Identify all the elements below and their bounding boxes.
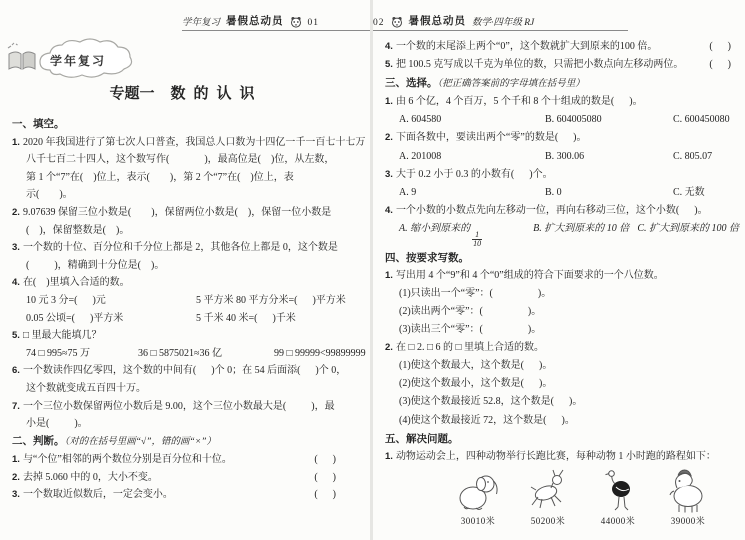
section-3-heading: 三、选择。（把正确答案前的字母填在括号里） — [385, 74, 739, 93]
question-line: 这个数就变成五百四十万。 — [12, 380, 368, 398]
question-line: 4.一个小数的小数点先向左移动一位，再向右移动三位，这个小数( )。 — [385, 202, 739, 220]
right-page-header: 02 暑假总动员 数学·四年级 RJ — [373, 13, 628, 31]
question-line: 7.一个三位小数保留两位小数后是 9.00，这个三位小数最大是( )，最 — [12, 398, 368, 416]
sub-question-line: (3)使这个数最接近 52.8，这个数是( )。 — [385, 393, 739, 411]
answer-parentheses: ( ) — [314, 469, 336, 487]
question-line: 2.9.07639 保留三位小数是( )，保留两位小数是( )，保留一位小数是 — [12, 204, 368, 222]
question-line: 示( )。 — [12, 186, 368, 204]
header-brand: 暑假总动员 — [226, 13, 284, 28]
sub-question-line: (4)使这个数最接近 72，这个数是( )。 — [385, 412, 739, 430]
fraction-one-tenth: 110 — [472, 231, 482, 249]
animal-item: 44000米 — [583, 469, 653, 527]
topic-title: 专题一数的认识 — [0, 82, 372, 103]
section-2-heading: 二、判断。（对的在括号里画“√”，错的画“×”） — [12, 433, 368, 452]
header-subject: 数学·四年级 RJ — [472, 14, 534, 28]
panda-icon — [290, 16, 302, 28]
animal-distance: 44000米 — [583, 514, 653, 527]
question-line: 2.下面各数中，要读出两个“零”的数是( )。 — [385, 129, 739, 147]
judge-item: 3.一个数取近似数后，一定会变小。( ) — [12, 486, 368, 504]
left-page: 学年复习 暑假总动员 01 学年复习 专题一数的认识 一、填空。 1.202 — [0, 0, 372, 540]
question-line: ( )，精确到十分位是( )。 — [12, 257, 368, 275]
question-line: 3.一个数的十位、百分位和千分位上都是 2，其他各位上都是 0，这个数是 — [12, 239, 368, 257]
question-line: ( )，保留整数是( )。 — [12, 222, 368, 240]
animal-item: 30010米 — [443, 469, 513, 527]
elephant-icon — [443, 469, 513, 513]
question-line: 3.大于 0.2 小于 0.3 的小数有( )个。 — [385, 166, 739, 184]
right-page-number: 02 — [373, 18, 385, 28]
answer-parentheses: ( ) — [314, 486, 336, 504]
animal-item: 50200米 — [513, 469, 583, 527]
right-page-content: 4.一个数的末尾添上两个“0”，这个数就扩大到原来的100 倍。( ) 5.把 … — [385, 38, 739, 527]
question-line: 4.在( )里填入合适的数。 — [12, 274, 368, 292]
sub-question-line: (2)读出两个“零”：( )。 — [385, 303, 739, 321]
judge-item: 4.一个数的末尾添上两个“0”，这个数就扩大到原来的100 倍。( ) — [385, 38, 739, 56]
question-line: 八千七百二十四人，这个数写作( )，最高位是( )位，从左数， — [12, 151, 368, 169]
answer-parentheses: ( ) — [314, 451, 336, 469]
left-page-number: 01 — [308, 18, 320, 28]
judge-item: 1.与“个位”相邻的两个数位分别是百分位和十位。( ) — [12, 451, 368, 469]
right-page: 02 暑假总动员 数学·四年级 RJ 4.一个数的末尾添上两个“0”，这个数就扩… — [373, 0, 745, 540]
unit-conversion-row: 0.05 公顷=( )平方米5 千米 40 米=( )千米 — [12, 310, 368, 328]
left-page-header: 学年复习 暑假总动员 01 — [182, 13, 372, 31]
section-4-heading: 四、按要求写数。 — [385, 249, 739, 267]
question-line: 1.写出用 4 个“9”和 4 个“0”组成的符合下面要求的一个八位数。 — [385, 267, 739, 285]
sub-question-line: (2)使这个数最小，这个数是( )。 — [385, 375, 739, 393]
workbook-spread: 学年复习 暑假总动员 01 学年复习 专题一数的认识 一、填空。 1.202 — [0, 0, 745, 540]
question-line: 1.由 6 个亿，4 个百万，5 个千和 8 个十组成的数是( )。 — [385, 93, 739, 111]
animal-distance: 50200米 — [513, 514, 583, 527]
choice-options: A. 9B. 0C. 无数 — [385, 184, 739, 202]
badge-label: 学年复习 — [50, 52, 106, 69]
sub-question-line: (1)使这个数最大，这个数是( )。 — [385, 357, 739, 375]
sub-question-line: (1)只读出一个“零”：( )。 — [385, 285, 739, 303]
question-line: 6.一个数读作四亿零四，这个数的中间有( )个 0；在 54 后面添( )个 0… — [12, 362, 368, 380]
judge-item: 5.把 100.5 克写成以千克为单位的数，只需把小数点向左移动两位。( ) — [385, 56, 739, 74]
question-line: 1.2020 年我国进行了第七次人口普查，我国总人口数为十四亿一千一百七十七万 — [12, 134, 368, 152]
choice-options: A. 缩小到原来的110 B. 扩大到原来的 10 倍 C. 扩大到原来的 10… — [385, 220, 739, 249]
question-line: 2.在 □ 2. □ 6 的 □ 里填上合适的数。 — [385, 339, 739, 357]
choice-options: A. 201008B. 300.06C. 805.07 — [385, 148, 739, 166]
animal-distance: 39000米 — [653, 514, 723, 527]
sub-question-line: (3)读出三个“零”：( )。 — [385, 321, 739, 339]
unit-conversion-row: 10 元 3 分=( )元5 平方米 80 平方分米=( )平方米 — [12, 292, 368, 310]
animal-item: 39000米 — [653, 469, 723, 527]
question-line: 5.□ 里最大能填几？ — [12, 327, 368, 345]
judge-item: 2.去掉 5.060 中的 0，大小不变。( ) — [12, 469, 368, 487]
question-line: 1.动物运动会上，四种动物举行长跑比赛，每种动物 1 小时跑的路程如下： — [385, 448, 739, 466]
choice-options: A. 604580B. 604005080C. 600450080 — [385, 111, 739, 129]
header-review-label: 学年复习 — [182, 14, 220, 28]
antelope-icon — [513, 469, 583, 513]
panda-icon — [391, 16, 403, 28]
ostrich-icon — [583, 469, 653, 513]
answer-parentheses: ( ) — [709, 38, 731, 56]
fill-box-row: 74 □ 995≈75 万36 □ 5875021≈36 亿99 □ 99999… — [12, 345, 368, 363]
question-line: 小是( )。 — [12, 415, 368, 433]
answer-parentheses: ( ) — [709, 56, 731, 74]
section-5-heading: 五、解决问题。 — [385, 430, 739, 448]
animal-distance: 30010米 — [443, 514, 513, 527]
chapter-badge: 学年复习 — [6, 34, 146, 86]
animal-race-figure: 30010米 50200米 44000米 — [443, 469, 739, 527]
header-brand: 暑假总动员 — [409, 13, 467, 28]
horse-icon — [653, 469, 723, 513]
left-page-content: 一、填空。 1.2020 年我国进行了第七次人口普查，我国总人口数为十四亿一千一… — [12, 116, 368, 504]
question-line: 第 1 个“7”在( )位上，表示( )，第 2 个“7”在( )位上，表 — [12, 169, 368, 187]
section-1-heading: 一、填空。 — [12, 116, 368, 134]
